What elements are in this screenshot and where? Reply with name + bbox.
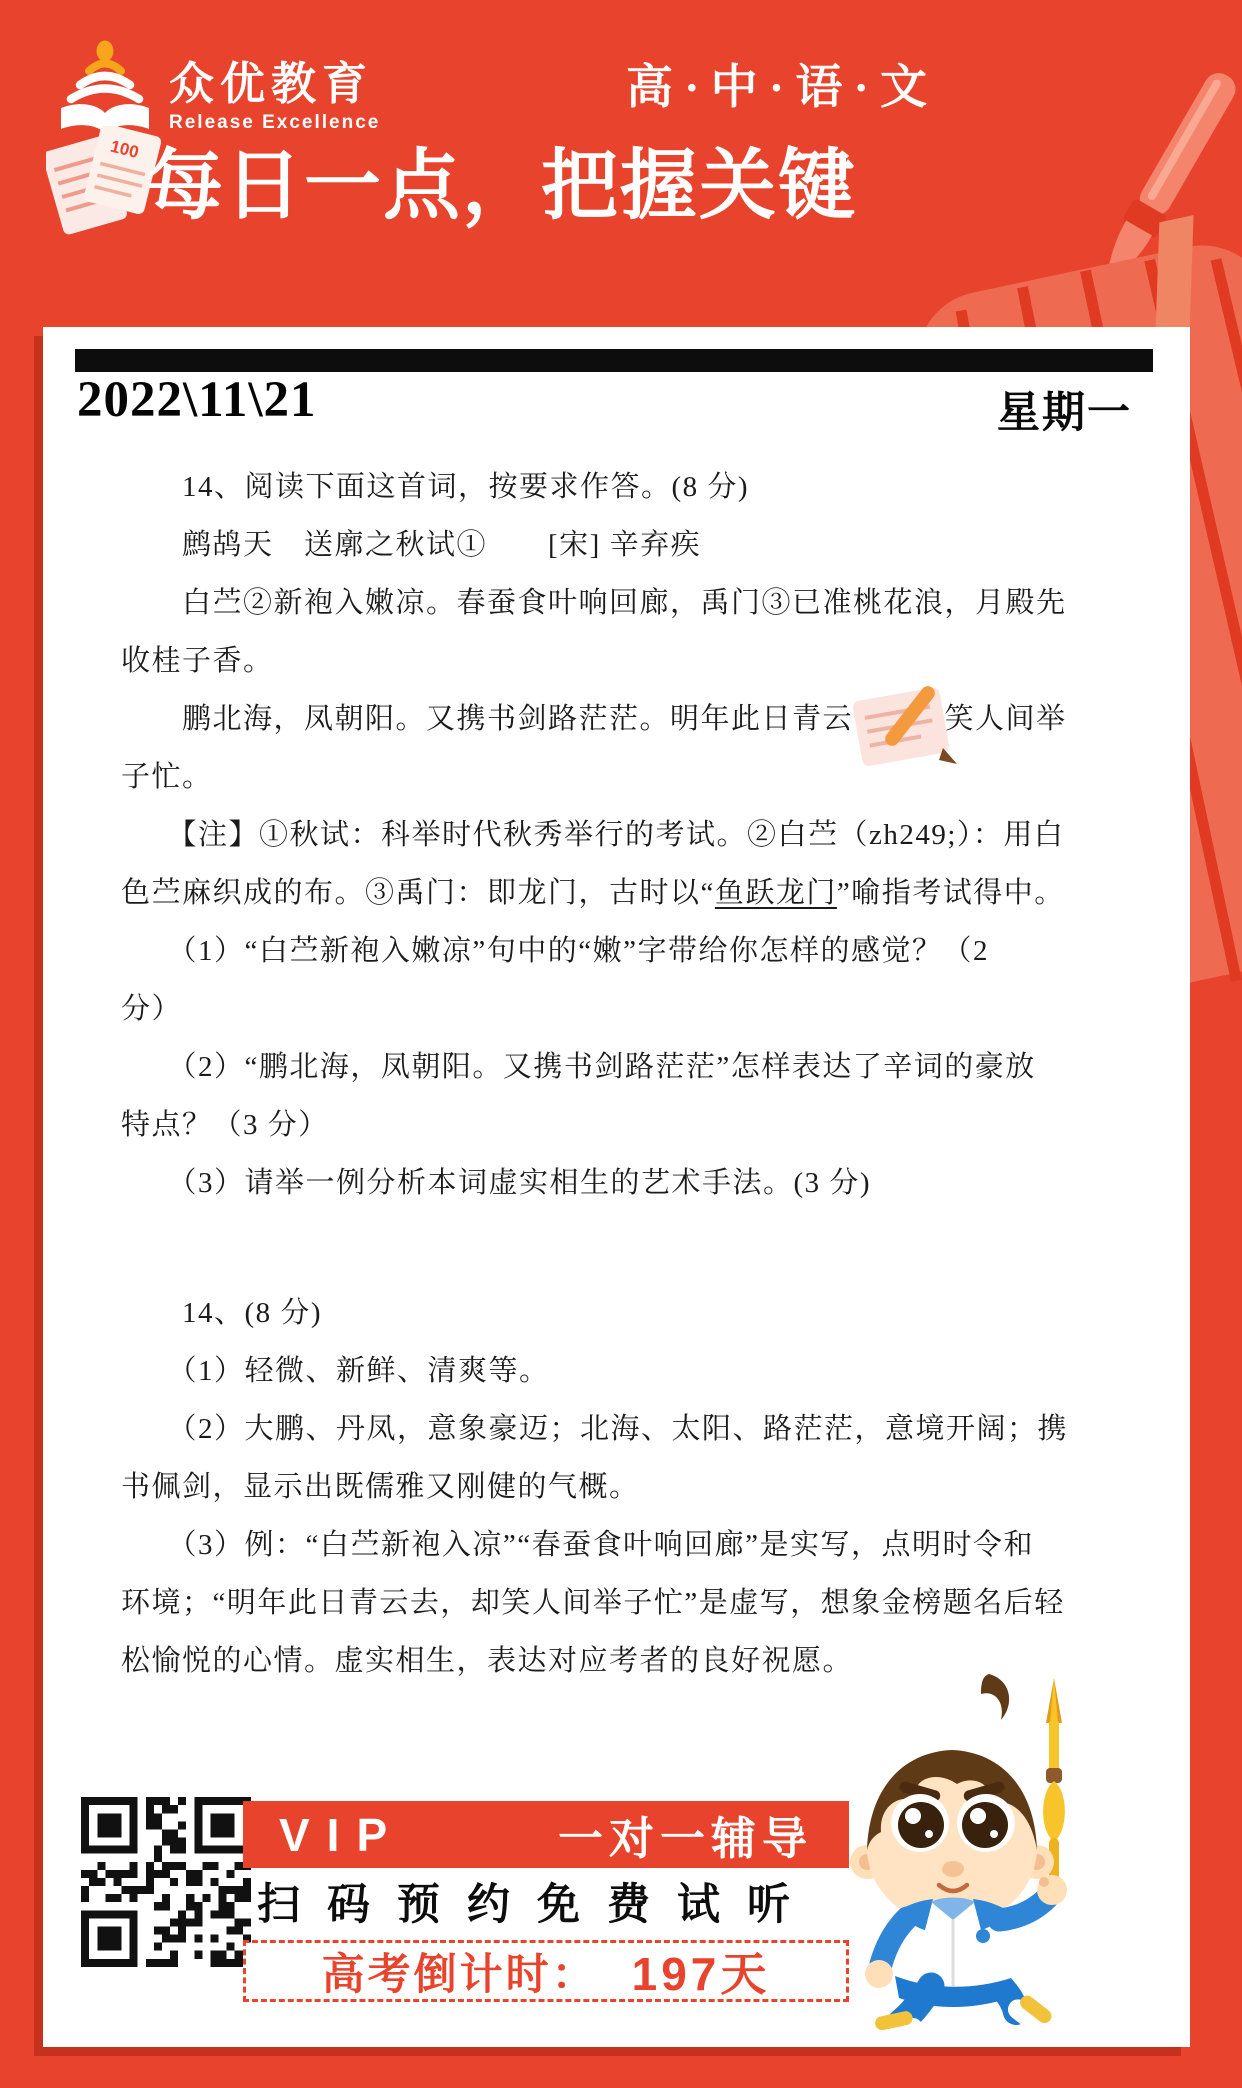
document-line: 【注】①秋试：科举时代秋秀举行的考试。②白苎（zh249;）：用白 — [121, 806, 1068, 864]
document-line: 鹧鸪天 送廓之秋试① [宋] 辛弃疾 — [121, 516, 1068, 574]
countdown-label: 高考倒计时： — [322, 1941, 598, 2002]
weekday-label: 星期一 — [997, 379, 1132, 440]
papers-icon: 100 — [46, 126, 161, 241]
brand-name: 众优教育 — [169, 58, 380, 110]
document-line: （2）“鹏北海，凤朝阳。又携书剑路茫茫”怎样表达了辛词的豪放 — [121, 1038, 1068, 1096]
document-line: 分） — [121, 980, 1068, 1038]
document-line: 特点？（3 分） — [121, 1096, 1068, 1154]
document-line: 书佩剑，显示出既儒雅又刚健的气概。 — [121, 1458, 1068, 1516]
document-line: 14、阅读下面这首词，按要求作答。(8 分) — [121, 458, 1068, 516]
paper-pen-icon — [845, 672, 965, 777]
document-line: 14、(8 分) — [121, 1284, 1068, 1342]
document-line: （3）例：“白苎新袍入凉”“春蚕食叶响回廊”是实写，点明时令和 — [121, 1516, 1068, 1574]
qr-code — [73, 1789, 259, 1975]
poster-page: 众优教育 Release Excellence 高·中·语·文 100 每日一点… — [0, 0, 1242, 2088]
document-line: 白苎②新袍入嫩凉。春蚕食叶响回廊，禹门③已准桃花浪，月殿先 — [121, 574, 1068, 632]
document-line: （2）大鹏、丹凤，意象豪迈；北海、太阳、路茫茫，意境开阔；携 — [121, 1400, 1068, 1458]
document-line: （1）“白苎新袍入嫩凉”句中的“嫩”字带给你怎样的感觉？（2 — [121, 922, 1068, 980]
countdown-value: 197天 — [632, 1938, 771, 2004]
subject-badge: 高·中·语·文 — [626, 50, 938, 117]
document-line: （3）请举一例分析本词虚实相生的艺术手法。(3 分) — [121, 1154, 1068, 1212]
brand-logo: 众优教育 Release Excellence — [55, 40, 380, 136]
book-arcs-logo-icon — [55, 40, 155, 136]
footer-promo: VIP 一对一辅导 扫码预约免费试听 高考倒计时： 197天 — [243, 1801, 849, 2002]
document-line: 环境；“明年此日青云去，却笑人间举子忙”是虚写，想象金榜题名后轻 — [121, 1574, 1068, 1632]
document-line: 色苎麻织成的布。③禹门：即龙门，古时以“鱼跃龙门”喻指考试得中。 — [121, 864, 1068, 922]
date-label: 2022\11\21 — [77, 371, 317, 429]
document-line: （1）轻微、新鲜、清爽等。 — [121, 1342, 1068, 1400]
vip-label: VIP — [279, 1808, 404, 1862]
divider-bar — [75, 349, 1153, 372]
vip-banner: VIP 一对一辅导 — [243, 1801, 849, 1868]
exam-document: 14、阅读下面这首词，按要求作答。(8 分) 鹧鸪天 送廓之秋试① [宋] 辛弃… — [121, 458, 1068, 1690]
scan-cta: 扫码预约免费试听 — [243, 1876, 849, 1934]
countdown-box: 高考倒计时： 197天 — [243, 1940, 849, 2002]
page-title: 每日一点，把握关键 — [146, 124, 857, 235]
vip-service-label: 一对一辅导 — [558, 1802, 813, 1867]
mascot-illustration — [843, 1668, 1101, 2050]
